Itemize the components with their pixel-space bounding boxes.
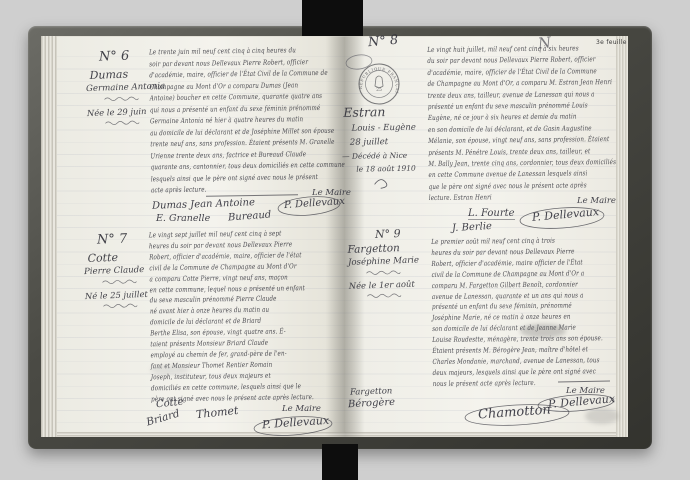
handwritten-line: nous le présent acte après lecture. — [433, 377, 587, 390]
handwritten-line: lecture. Estran Henri — [429, 192, 586, 205]
act-body-entry-6: Le trente juin mil neuf cent cinq à cinq… — [149, 45, 343, 197]
stamp-figure — [375, 76, 383, 88]
act-body-entry-9: Le premier août mil neuf cent cinq à tro… — [431, 235, 625, 390]
stamp-value: 25 — [376, 87, 382, 93]
mayor-label: Le Maire — [282, 404, 321, 414]
signature-witness-2: J. Berlie — [452, 221, 492, 234]
republique-francaise-stamp: RÉPUBLIQUE FRANÇAISE 25 — [357, 62, 401, 106]
squiggle-divider — [104, 95, 138, 101]
act-number: N° 8 — [367, 33, 398, 51]
act-body-entry-8: Le vingt huit juillet, mil neuf cent cin… — [427, 43, 625, 205]
signature-father: Fargetton — [350, 386, 393, 397]
register-scan: N° 6 Dumas Germaine Antonia Née le 29 ju… — [0, 0, 690, 480]
paraph-flourish — [373, 178, 393, 190]
act-body-entry-7: Le vingt sept juillet mil neuf cent cinq… — [149, 228, 343, 405]
scanner-clamp-bottom — [322, 444, 358, 480]
scanner-clamp-top — [302, 0, 363, 36]
page-stack-left-edge — [41, 36, 57, 437]
squiggle-divider — [102, 278, 136, 284]
ink-smudge — [520, 324, 566, 338]
ink-smudge — [585, 408, 619, 424]
signature-witness-1: E. Granelle — [156, 213, 210, 224]
ink-smudge — [150, 365, 190, 375]
signature-witness-1: L. Fourte — [468, 208, 515, 220]
squiggle-divider — [366, 269, 400, 275]
